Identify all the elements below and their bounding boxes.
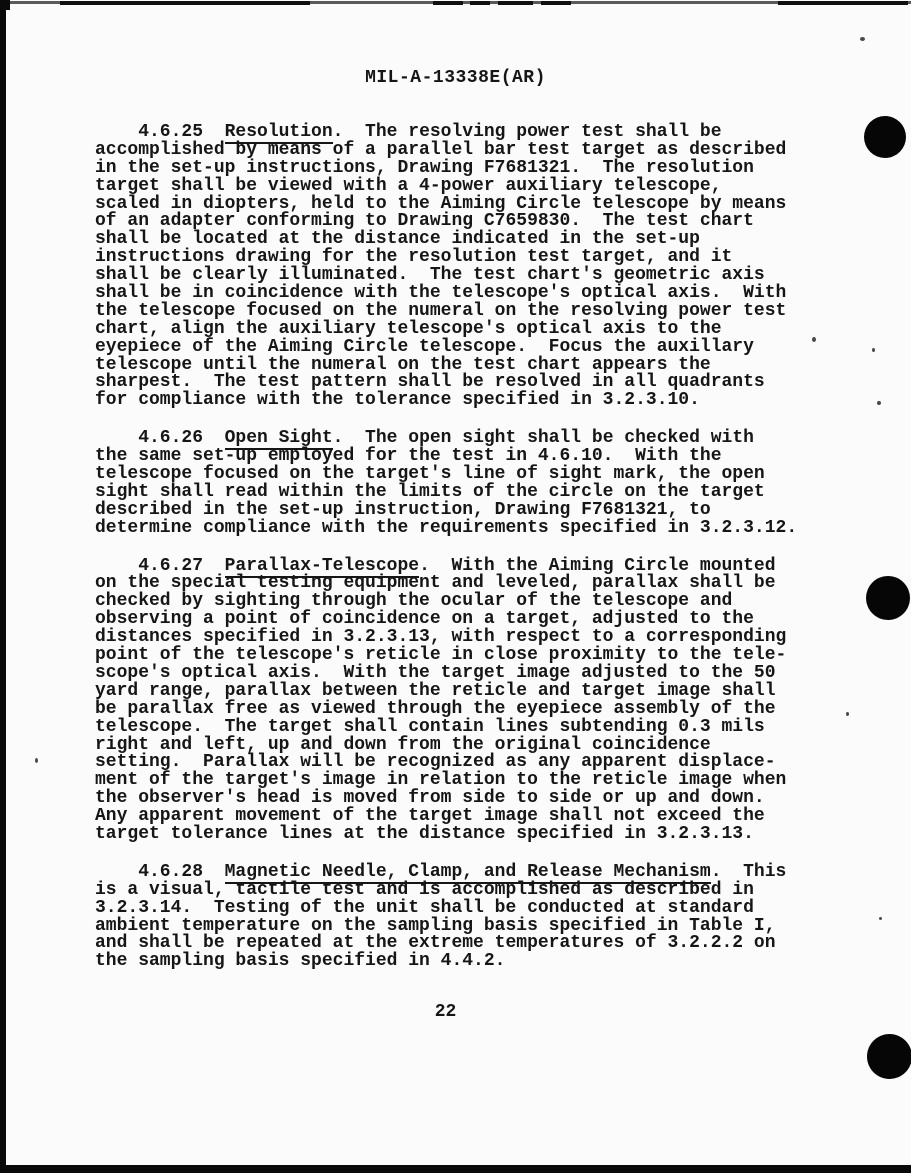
scan-top-dash-3 bbox=[470, 1, 490, 5]
scan-top-dash-2 bbox=[433, 1, 463, 5]
scan-speck-2 bbox=[872, 348, 875, 352]
text-line: 3.2.3.14. Testing of the unit shall be c… bbox=[95, 900, 911, 918]
scan-speck-4 bbox=[860, 37, 865, 41]
scanned-document-page: MIL-A-13338E(AR) 4.6.25 Resolution. The … bbox=[0, 0, 911, 1173]
text-line: chart, align the auxiliary telescope's o… bbox=[95, 321, 911, 339]
scan-top-dash-6 bbox=[778, 1, 908, 5]
section-4.6.25: 4.6.25 Resolution. The resolving power t… bbox=[95, 124, 911, 410]
text-line: telescope. The target shall contain line… bbox=[95, 719, 911, 737]
scan-top-dash-1 bbox=[60, 1, 310, 5]
text-line: be parallax free as viewed through the e… bbox=[95, 701, 911, 719]
scan-edge-left bbox=[0, 0, 6, 1173]
scan-speck-5 bbox=[35, 758, 38, 763]
scan-edge-bottom bbox=[0, 1165, 911, 1173]
scan-top-dash-4 bbox=[498, 1, 533, 5]
section-number: 4.6.28 bbox=[95, 862, 225, 882]
document-header: MIL-A-13338E(AR) bbox=[0, 68, 911, 88]
hole-punch-mark-1 bbox=[864, 116, 906, 158]
text-line: target tolerance lines at the distance s… bbox=[95, 826, 911, 844]
section-4.6.27: 4.6.27 Parallax-Telescope. With the Aimi… bbox=[95, 558, 911, 844]
hole-punch-mark-2 bbox=[866, 576, 910, 620]
text-line: for compliance with the tolerance specif… bbox=[95, 392, 911, 410]
text-line: the sampling basis specified in 4.4.2. bbox=[95, 953, 911, 971]
section-heading-rest: . This bbox=[711, 862, 787, 882]
scan-corner-mark bbox=[0, 0, 10, 10]
scan-top-dash-5 bbox=[541, 1, 571, 5]
section-4.6.28: 4.6.28 Magnetic Needle, Clamp, and Relea… bbox=[95, 864, 911, 971]
page-number: 22 bbox=[0, 1002, 901, 1022]
text-line: is a visual, tactile test and is accompl… bbox=[95, 882, 911, 900]
text-line: in the set-up instructions, Drawing F768… bbox=[95, 160, 911, 178]
section-number: 4.6.25 bbox=[95, 122, 225, 142]
text-line: determine compliance with the requiremen… bbox=[95, 520, 911, 538]
scan-speck-8 bbox=[879, 917, 882, 920]
scan-speck-1 bbox=[812, 337, 816, 342]
section-heading-rest: . The resolving power test shall be bbox=[333, 122, 722, 142]
text-line: target shall be viewed with a 4-power au… bbox=[95, 178, 911, 196]
section-4.6.26: 4.6.26 Open Sight. The open sight shall … bbox=[95, 430, 911, 537]
scan-speck-3 bbox=[877, 401, 881, 405]
hole-punch-mark-3 bbox=[867, 1034, 911, 1079]
scan-speck-6 bbox=[97, 276, 100, 279]
scan-speck-7 bbox=[846, 712, 849, 716]
text-line: eyepiece of the Aiming Circle telescope.… bbox=[95, 339, 911, 357]
document-body: 4.6.25 Resolution. The resolving power t… bbox=[95, 124, 911, 991]
